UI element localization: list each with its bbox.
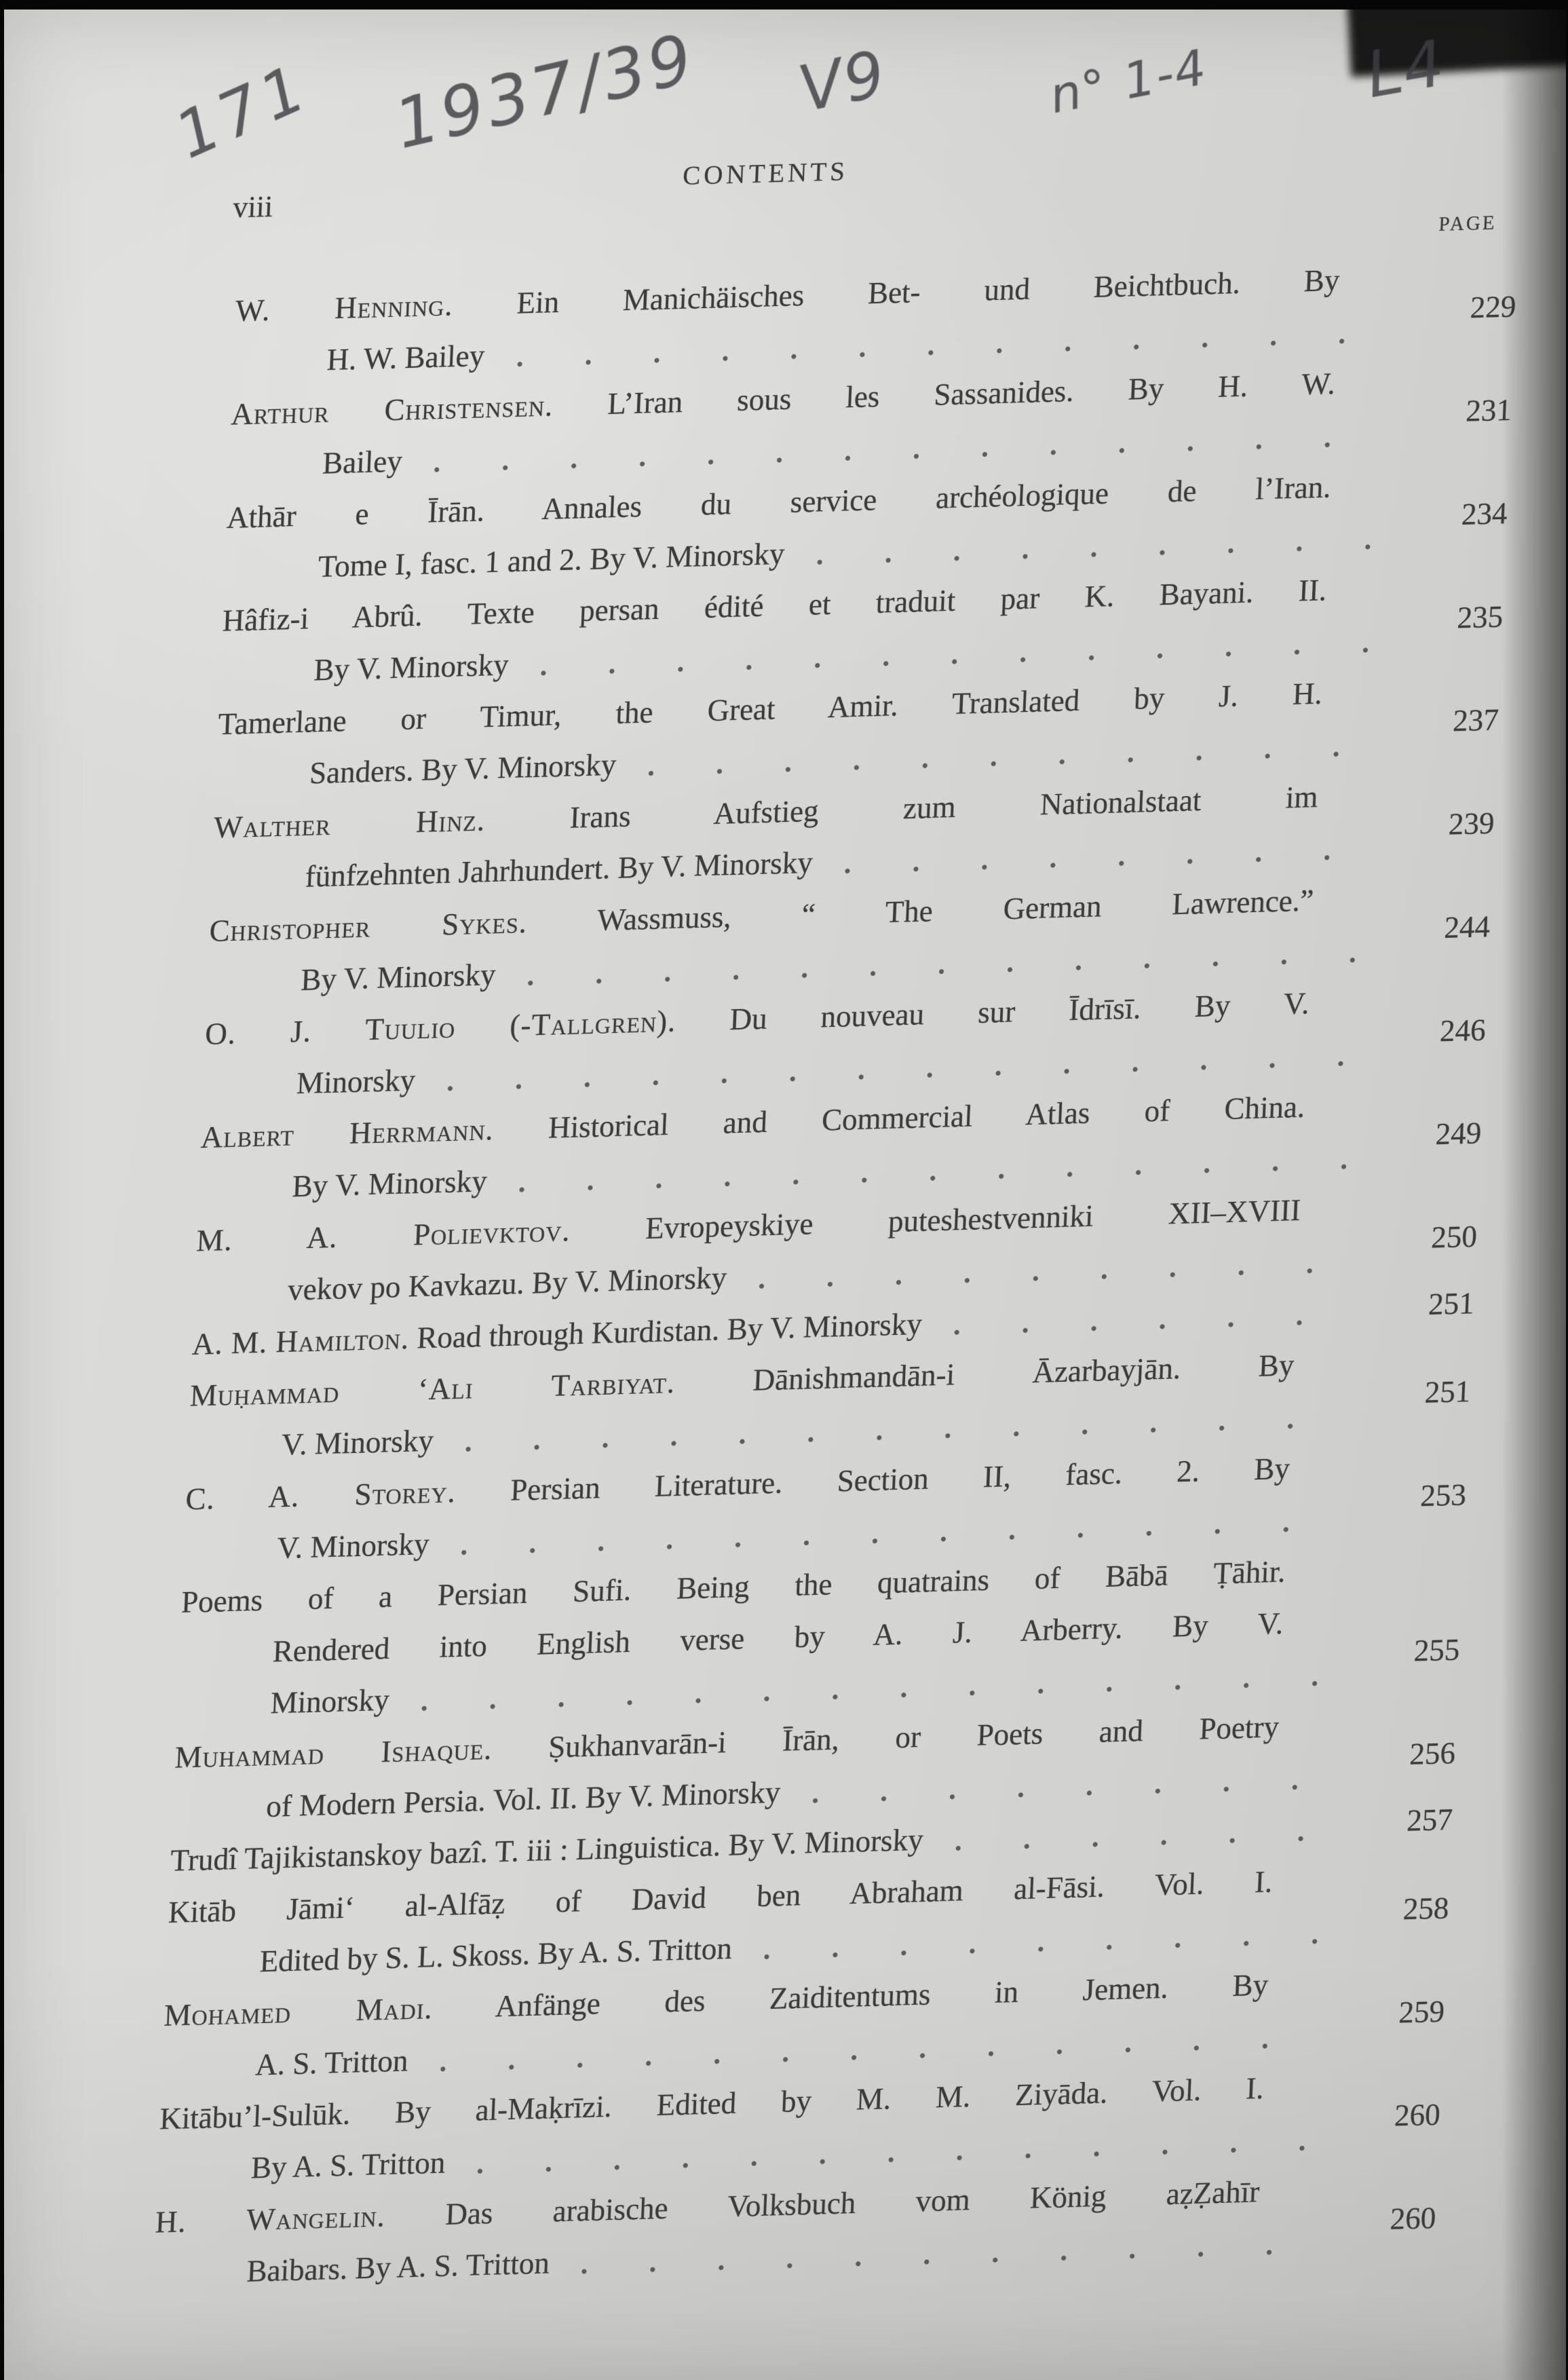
page-number: 258 xyxy=(1356,1882,1450,1936)
author-name: Christopher Sykes. xyxy=(209,905,529,948)
title-text: Sanders. By V. Minorsky xyxy=(309,748,617,791)
page-number: 260 xyxy=(1347,2089,1441,2143)
toc-line-text: Bailey xyxy=(322,435,404,489)
title-text: Minorsky xyxy=(270,1683,390,1720)
title-text: By V. Minorsky xyxy=(292,1164,488,1203)
title-text: of Modern Persia. Vol. II. By V. Minorsk… xyxy=(265,1775,781,1824)
page-title: CONTENTS xyxy=(682,146,849,202)
page-number: 239 xyxy=(1402,797,1495,852)
title-text: By V. Minorsky xyxy=(313,647,510,687)
page-number: 260 xyxy=(1343,2192,1437,2246)
page-number: 255 xyxy=(1367,1624,1461,1678)
page-number: 229 xyxy=(1423,281,1517,335)
title-text: Edited by S. L. Skoss. By A. S. Tritton xyxy=(259,1931,733,1979)
toc-line-text: H. W. Bailey xyxy=(326,330,486,386)
toc-line-text: Minorsky xyxy=(269,1674,390,1729)
title-text: H. W. Bailey xyxy=(326,339,486,377)
toc-line-text: Baibars. By A. S. Tritton xyxy=(246,2237,550,2297)
title-text: V. Minorsky xyxy=(281,1424,434,1462)
toc-line-text: V. Minorsky xyxy=(276,1518,430,1574)
page-number: 246 xyxy=(1393,1004,1487,1058)
author-name: C. A. Storey. xyxy=(185,1475,457,1516)
page-number: 244 xyxy=(1398,901,1491,955)
title-text: Minorsky xyxy=(296,1063,416,1100)
title-text: vekov po Kavkazu. By V. Minorsky xyxy=(287,1261,727,1307)
handwritten-annotation: V9 xyxy=(792,37,893,127)
toc-line-text: V. Minorsky xyxy=(280,1415,434,1471)
page-number: 251 xyxy=(1378,1365,1472,1420)
title-text: Bailey xyxy=(322,445,403,480)
author-name: W. Henning. xyxy=(235,288,454,328)
handwritten-annotation: L4 xyxy=(1360,26,1451,113)
book-page: 171 1937/39 V9 n° 1-4 L4 viii CONTENTS P… xyxy=(4,10,1566,2380)
title-text: Du nouveau sur Īdrīsī. By V. xyxy=(675,987,1309,1038)
author-name: Muḥammad ‘Ali Tarbiyat. xyxy=(189,1365,676,1413)
page-number: 234 xyxy=(1415,487,1508,542)
author-name: Muhammad Ishaque. xyxy=(174,1732,493,1775)
title-text: V. Minorsky xyxy=(276,1527,429,1565)
page-number: 249 xyxy=(1389,1107,1483,1161)
title-text: By V. Minorsky xyxy=(300,958,496,997)
author-name: Mohamed Madi. xyxy=(164,1991,434,2033)
toc-list: W. Henning. Ein Manichäisches Bet- und B… xyxy=(152,130,1523,2300)
handwritten-annotation: 1937/39 xyxy=(387,18,703,164)
handwritten-annotation: n° 1-4 xyxy=(1045,38,1212,124)
title-text: Baibars. By A. S. Tritton xyxy=(246,2246,550,2288)
scanned-page-photo: { "colors": { "paper": "#d6d6d4", "ink":… xyxy=(0,0,1568,2380)
title-text: A. S. Tritton xyxy=(254,2043,408,2081)
author-name: M. A. Polievktov. xyxy=(196,1213,571,1258)
toc-line-text: By A. S. Tritton xyxy=(250,2137,446,2194)
title-text: Road through Kurdistan. By V. Minorsky xyxy=(408,1307,923,1355)
page-number: 237 xyxy=(1406,694,1499,749)
toc-line-text: Minorsky xyxy=(296,1054,417,1109)
page-number: 231 xyxy=(1419,384,1512,438)
page-number: 250 xyxy=(1384,1211,1478,1265)
author-name: H. Wangelin. xyxy=(155,2199,386,2240)
page-number: 235 xyxy=(1411,590,1504,645)
author-name: Walther Hinz. xyxy=(213,803,486,844)
page-number: 256 xyxy=(1362,1727,1456,1781)
author-name: Albert Herrmann. xyxy=(200,1112,495,1154)
title-text: By A. S. Tritton xyxy=(250,2146,446,2185)
title-text: Tome I, fasc. 1 and 2. By V. Minorsky xyxy=(318,537,785,584)
page-number: 253 xyxy=(1373,1469,1467,1523)
author-name: O. J. Tuulio (-Tallgren). xyxy=(204,1004,676,1051)
title-text: fünfzehnten Jahrhundert. By V. Minorsky xyxy=(305,846,814,894)
page-number: 259 xyxy=(1352,1985,1446,2039)
handwritten-annotation: 171 xyxy=(165,50,321,173)
page-number: 251 xyxy=(1381,1277,1475,1331)
folio-number: viii xyxy=(232,181,274,234)
page-content: viii CONTENTS PAGE W. Henning. Ein Manic… xyxy=(152,130,1523,2300)
page-number: 257 xyxy=(1360,1794,1453,1848)
page-column-label: PAGE xyxy=(1438,197,1497,250)
toc-line-text: By V. Minorsky xyxy=(300,949,497,1006)
toc-line-text: By V. Minorsky xyxy=(313,639,510,696)
toc-line-text: A. S. Tritton xyxy=(254,2035,409,2090)
toc-line-text: By V. Minorsky xyxy=(291,1155,488,1212)
title-text: Dānishmandān-i Āzarbayjān. By xyxy=(674,1348,1295,1399)
author-name: A. M. Hamilton. xyxy=(191,1321,410,1361)
author-name: Arthur Christensen. xyxy=(231,388,554,431)
toc-line-text: Sanders. By V. Minorsky xyxy=(309,739,617,799)
